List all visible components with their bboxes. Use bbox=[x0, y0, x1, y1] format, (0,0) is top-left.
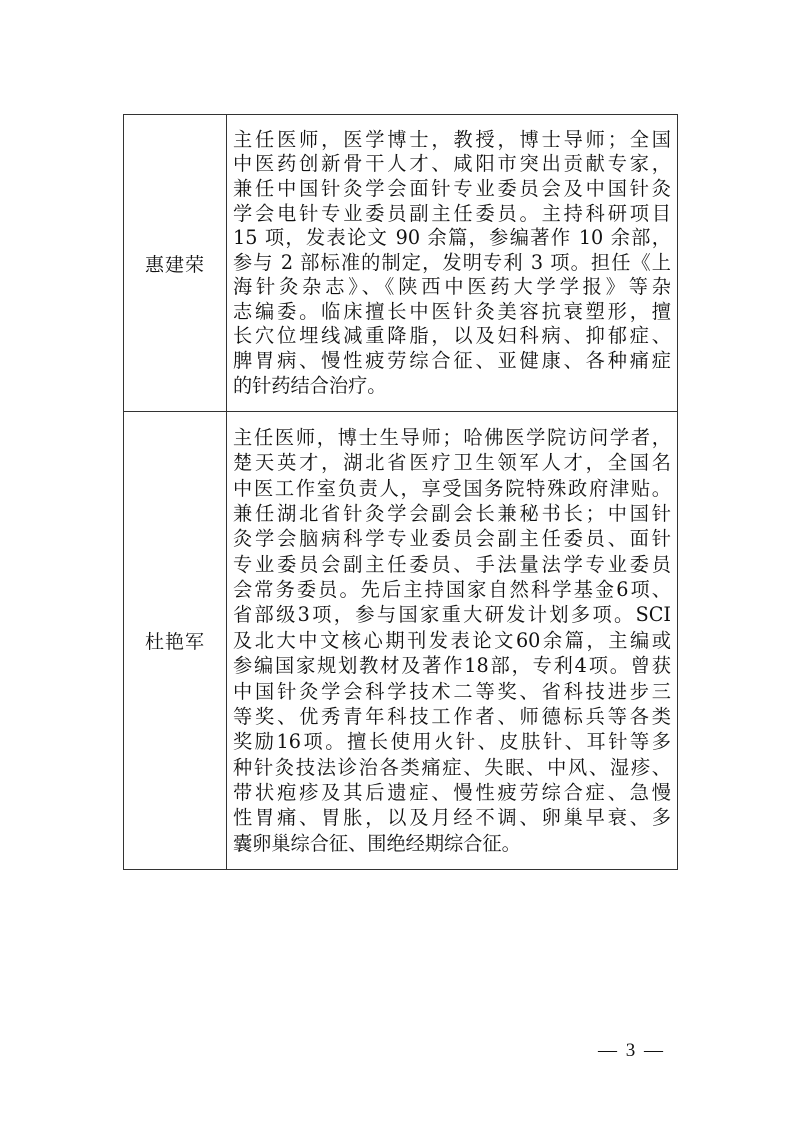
expert-description-cell: 主任医师，医学博士，教授，博士导师；全国 中医药创新骨干人才、咸阳市突出贡献专家… bbox=[227, 115, 678, 412]
description-line: 专业委员会副主任委员、手法量法学专业委员 bbox=[233, 552, 671, 577]
description-line: 及北大中文核心期刊发表论文60余篇，主编或 bbox=[233, 628, 671, 653]
description-line: 兼任中国针灸学会面针专业委员会及中国针灸 bbox=[233, 177, 671, 202]
description-line: 性胃痛、胃胀，以及月经不调、卵巢早衰、多 bbox=[233, 805, 671, 830]
description-line: 楚天英才，湖北省医疗卫生领军人才，全国名 bbox=[233, 450, 671, 475]
description-line: 中医药创新骨干人才、咸阳市突出贡献专家， bbox=[233, 152, 671, 177]
description-line: 中医工作室负责人，享受国务院特殊政府津贴。 bbox=[233, 476, 671, 501]
description-line: 脾胃病、慢性疲劳综合征、亚健康、各种痛症 bbox=[233, 349, 671, 374]
description-line: 主任医师，博士生导师；哈佛医学院访问学者， bbox=[233, 425, 671, 450]
description-line: 灸学会脑病科学专业委员会副主任委员、面针 bbox=[233, 526, 671, 551]
description-line: 会常务委员。先后主持国家自然科学基金6项、 bbox=[233, 577, 671, 602]
description-line: 带状疱疹及其后遗症、慢性疲劳综合症、急慢 bbox=[233, 780, 671, 805]
description-line: 囊卵巢综合征、围绝经期综合征。 bbox=[233, 831, 671, 856]
description-line: 奖励16项。擅长使用火针、皮肤针、耳针等多 bbox=[233, 729, 671, 754]
description-line: 主任医师，医学博士，教授，博士导师；全国 bbox=[233, 128, 671, 153]
expert-name-cell: 杜艳军 bbox=[124, 412, 227, 870]
description-line: 参与 2 部标准的制定，发明专利 3 项。担任《上 bbox=[233, 251, 671, 276]
table-row: 杜艳军 主任医师，博士生导师；哈佛医学院访问学者， 楚天英才，湖北省医疗卫生领军… bbox=[124, 412, 678, 870]
description-line: 15 项，发表论文 90 余篇，参编著作 10 余部， bbox=[233, 226, 671, 251]
page-number: — 3 — bbox=[598, 1040, 665, 1062]
expert-profile-table: 惠建荣 主任医师，医学博士，教授，博士导师；全国 中医药创新骨干人才、咸阳市突出… bbox=[123, 114, 678, 870]
expert-description-cell: 主任医师，博士生导师；哈佛医学院访问学者， 楚天英才，湖北省医疗卫生领军人才，全… bbox=[227, 412, 678, 870]
description-line: 海针灸杂志》、《陕西中医药大学学报》等杂 bbox=[233, 275, 671, 300]
description-line: 学会电针专业委员副主任委员。主持科研项目 bbox=[233, 202, 671, 227]
description-line: 等奖、优秀青年科技工作者、师德标兵等各类 bbox=[233, 704, 671, 729]
expert-name: 杜艳军 bbox=[145, 631, 205, 653]
description-line: 参编国家规划教材及著作18部，专利4项。曾获 bbox=[233, 653, 671, 678]
description-line: 省部级3项，参与国家重大研发计划多项。SCI bbox=[233, 602, 671, 627]
expert-name-cell: 惠建荣 bbox=[124, 115, 227, 412]
description-line: 的针药结合治疗。 bbox=[233, 374, 671, 399]
description-line: 长穴位埋线减重降脂，以及妇科病、抑郁症、 bbox=[233, 324, 671, 349]
description-line: 中国针灸学会科学技术二等奖、省科技进步三 bbox=[233, 679, 671, 704]
expert-name: 惠建荣 bbox=[145, 254, 205, 276]
description-line: 种针灸技法诊治各类痛症、失眠、中风、湿疹、 bbox=[233, 755, 671, 780]
description-line: 志编委。临床擅长中医针灸美容抗衰塑形，擅 bbox=[233, 300, 671, 325]
table-row: 惠建荣 主任医师，医学博士，教授，博士导师；全国 中医药创新骨干人才、咸阳市突出… bbox=[124, 115, 678, 412]
description-line: 兼任湖北省针灸学会副会长兼秘书长；中国针 bbox=[233, 501, 671, 526]
document-page: 惠建荣 主任医师，医学博士，教授，博士导师；全国 中医药创新骨干人才、咸阳市突出… bbox=[0, 0, 800, 1131]
